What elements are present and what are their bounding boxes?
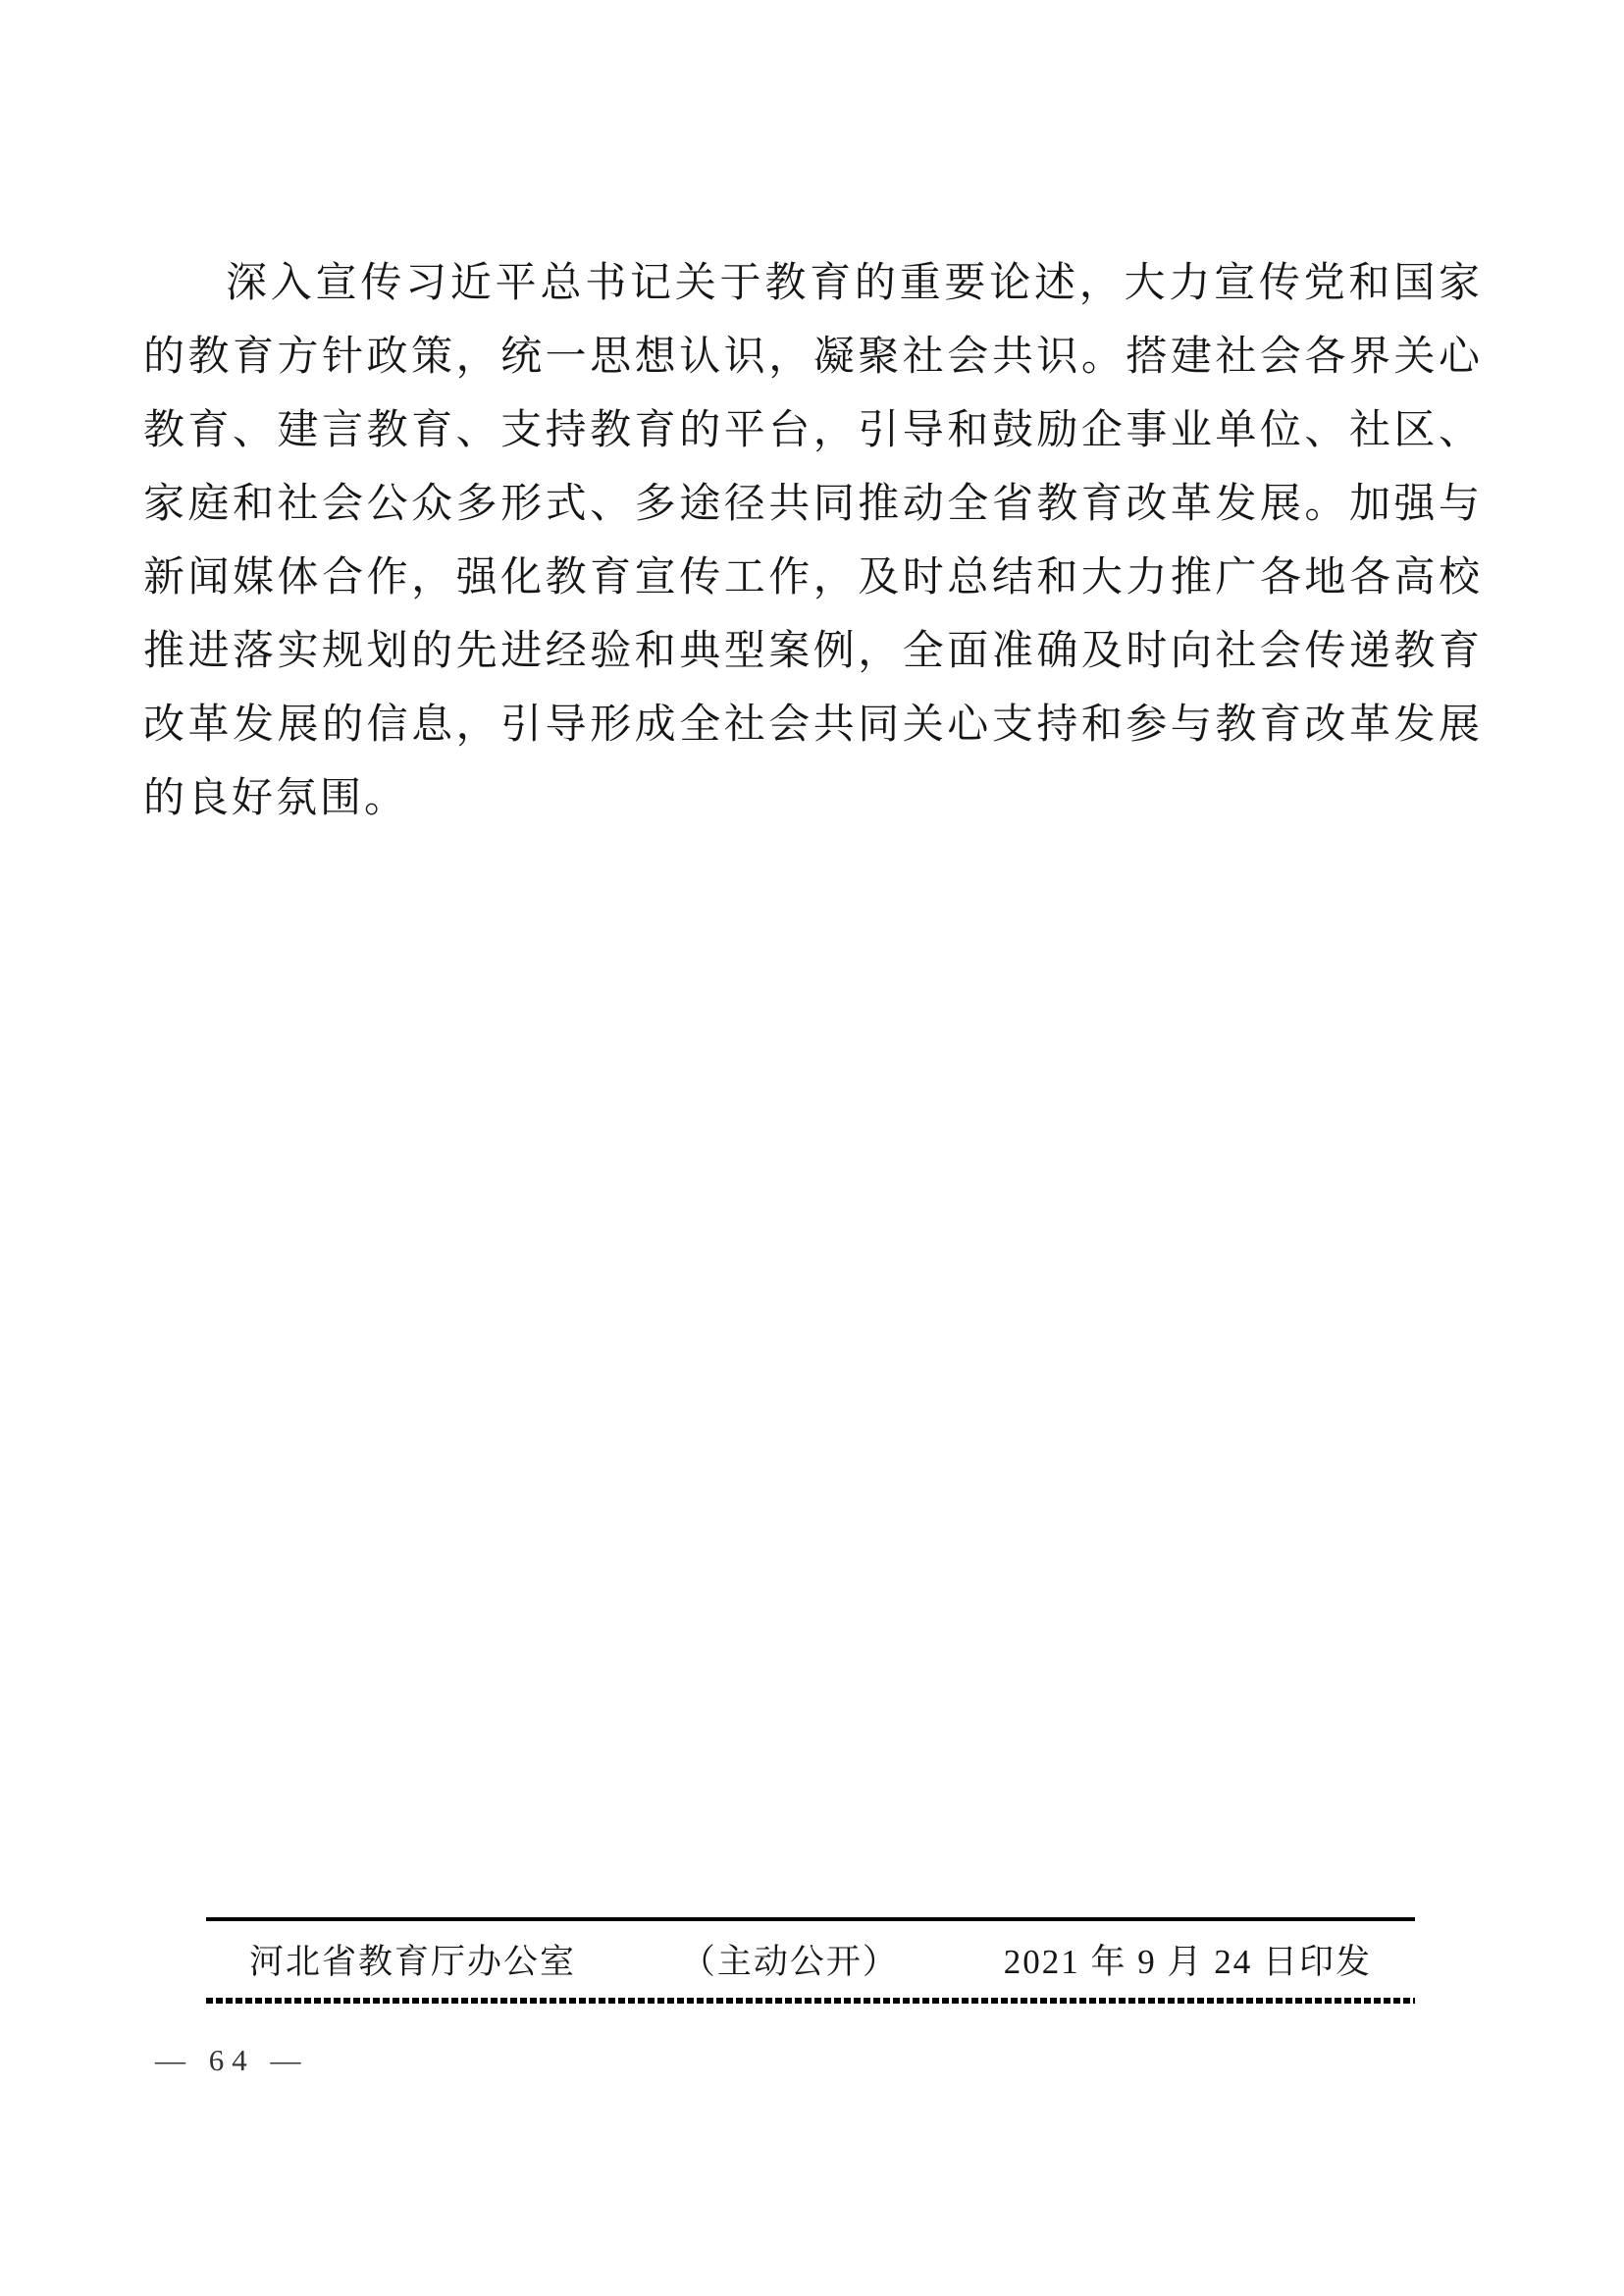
body-paragraph: 深入宣传习近平总书记关于教育的重要论述，大力宣传党和国家的教育方针政策，统一思想… [143,247,1483,836]
document-page: 深入宣传习近平总书记关于教育的重要论述，大力宣传党和国家的教育方针政策，统一思想… [0,0,1624,2296]
colophon-row: 河北省教育厅办公室 （主动公开） 2021 年 9 月 24 日印发 [206,1921,1415,1998]
print-date-label: 2021 年 9 月 24 日印发 [1004,1935,1372,1984]
colophon-footer: 河北省教育厅办公室 （主动公开） 2021 年 9 月 24 日印发 [206,1917,1415,2004]
issuing-office-label: 河北省教育厅办公室 [249,1935,576,1984]
disclosure-note-label: （主动公开） [681,1935,899,1984]
page-number: — 64 — [155,2043,309,2078]
footer-bottom-rule [206,1998,1415,2004]
